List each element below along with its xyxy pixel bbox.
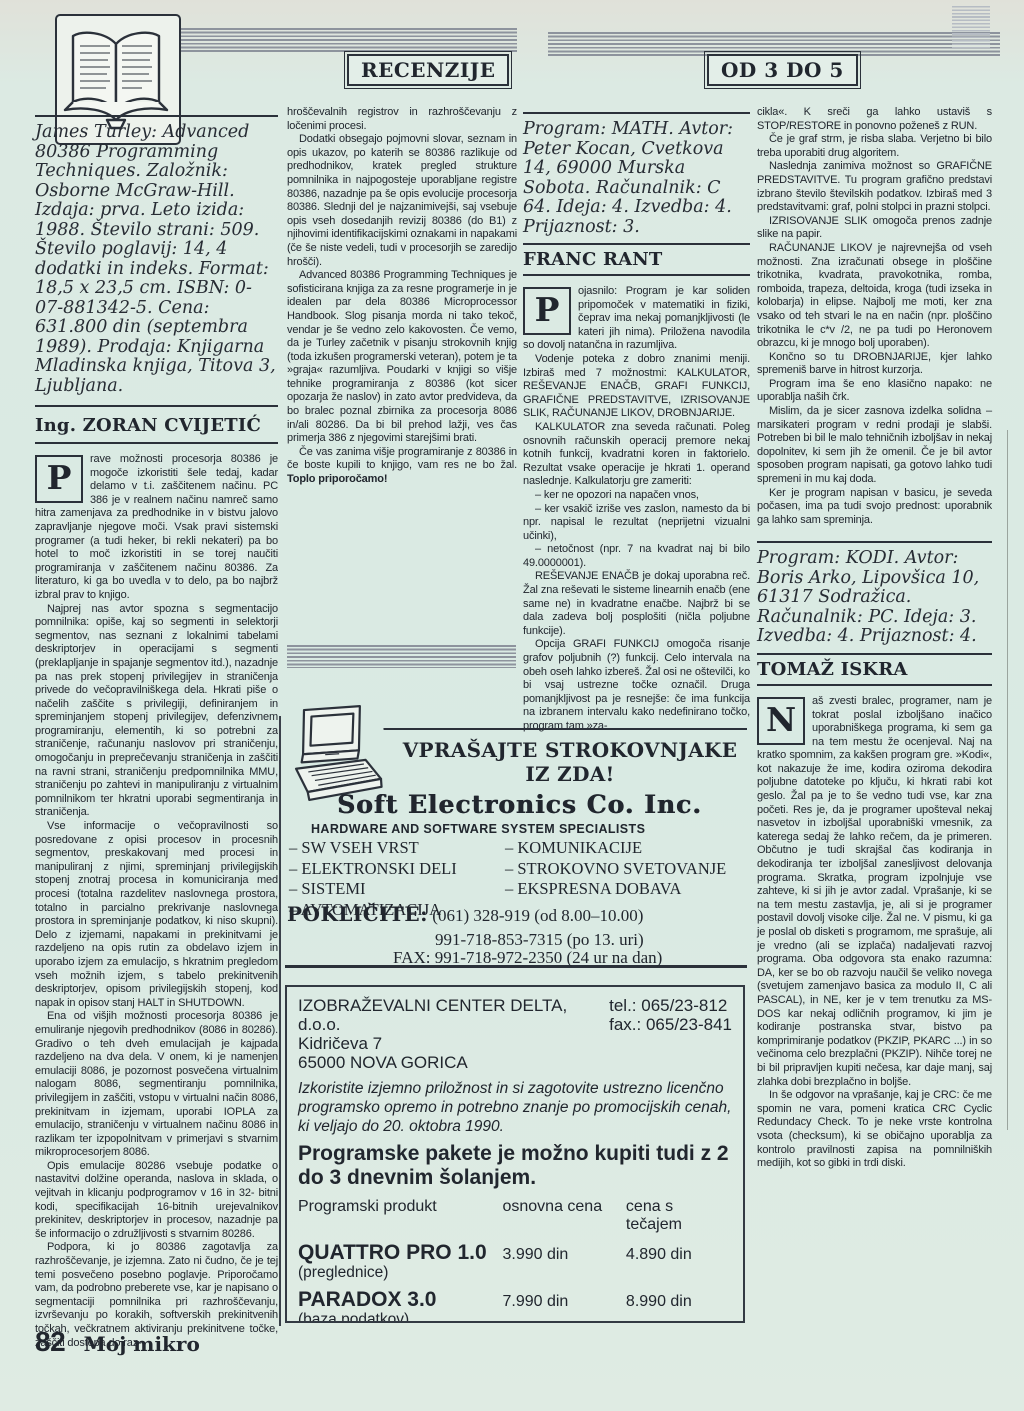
math-biblio: Program: MATH. Avtor: Peter Kocan, Cvetk… xyxy=(523,114,750,243)
ad-subtitle: HARDWARE AND SOFTWARE SYSTEM SPECIALISTS xyxy=(311,822,645,836)
paragraph: – netočnost (npr. 7 na kvadrat naj bi bi… xyxy=(523,543,750,570)
ad-phone-line2: 991-718-853-7315 (po 13. uri) xyxy=(435,930,644,950)
paragraph: Najprej nas avtor spozna s segmentacijo … xyxy=(35,603,278,821)
rating-range-label: OD 3 DO 5 xyxy=(707,54,858,86)
page-footer: 82 Moj mikro xyxy=(35,1326,200,1358)
delta-company: IZOBRAŽEVALNI CENTER DELTA, d.o.o. xyxy=(298,996,609,1034)
review-body-kodi: N aš zvesti bralec, programer, nam je to… xyxy=(757,695,992,1171)
delta-address-block: IZOBRAŽEVALNI CENTER DELTA, d.o.o. Kidri… xyxy=(298,996,609,1072)
phone-number: (061) 328-919 (od 8.00–10.00) xyxy=(428,906,643,925)
paragraph: – EKSPRESNA DOBAVA xyxy=(505,879,726,900)
ad-delta: IZOBRAŽEVALNI CENTER DELTA, d.o.o. Kidri… xyxy=(285,985,745,1323)
col-base-price: osnovna cena xyxy=(502,1198,625,1216)
dropcap-letter: P xyxy=(523,287,571,335)
paragraph: Če je graf strm, je risba slaba. Verjetn… xyxy=(757,133,992,160)
table-row: PARADOX 3.0 (baza podatkov) 7.990 din 8.… xyxy=(298,1289,732,1323)
divider xyxy=(757,684,992,686)
product-subtitle: (baza podatkov) xyxy=(298,1311,502,1323)
paragraph: Mislim, da je sicer zasnova izdelka soli… xyxy=(757,405,992,487)
delta-fax: fax.: 065/23-841 xyxy=(609,1015,732,1034)
paragraph: Dodatki obsegajo pojmovni slovar, seznam… xyxy=(287,133,517,269)
paragraph: Končno so tu DROBNJARIJE, kjer lahko spr… xyxy=(757,351,992,378)
product-subtitle: (preglednice) xyxy=(298,1264,502,1281)
reviewer-name: FRANC RANT xyxy=(523,245,750,274)
paragraph-list: In še odgovor na vprašanje, kaj je CRC: … xyxy=(757,1089,992,1171)
price-table-header: Programski produkt osnovna cena cena s t… xyxy=(298,1198,732,1234)
paragraph: – SISTEMI xyxy=(289,879,457,900)
paragraph: KALKULATOR zna seveda računati. Poleg os… xyxy=(523,421,750,489)
ad-company-name: Soft Electronics Co. Inc. xyxy=(337,790,702,819)
paragraph: Naslednja zanimiva možnost so GRAFIČNE P… xyxy=(757,160,992,214)
table-row: QUATTRO PRO 1.0 (preglednice) 3.990 din … xyxy=(298,1242,732,1281)
paragraph: Ena od višjih možnosti procesorja 80386 … xyxy=(35,1010,278,1160)
paragraph: – ker vsakič izriše ves zaslon, namesto … xyxy=(523,503,750,544)
section-label: RECENZIJE xyxy=(347,54,509,86)
review-body-col2: hroščevalnih registrov in razhroščevanju… xyxy=(287,106,517,487)
paragraph: Advanced 80386 Programming Techniques je… xyxy=(287,269,517,446)
course-price: 4.890 din xyxy=(626,1246,732,1264)
paragraph: cikla«. K sreči ga lahko ustaviš s STOP/… xyxy=(757,106,992,133)
product-name: QUATTRO PRO 1.0 xyxy=(298,1242,502,1264)
col-course-price: cena s tečajem xyxy=(626,1198,732,1234)
paragraph: – SW VSEH VRST xyxy=(289,838,457,859)
divider xyxy=(523,274,750,276)
paragraph: In še odgovor na vprašanje, kaj je CRC: … xyxy=(757,1089,992,1171)
divider xyxy=(35,442,278,444)
col-product: Programski produkt xyxy=(298,1198,502,1216)
paragraph: Vse informacije o večopravilnosti so pos… xyxy=(35,820,278,1010)
column-2-stripe-separator xyxy=(287,645,516,668)
delta-street: Kidričeva 7 xyxy=(298,1034,609,1053)
reviewer-name: Ing. ZORAN CVIJETIĆ xyxy=(35,407,278,442)
paragraph: Program ima še eno klasično napako: ne u… xyxy=(757,378,992,405)
dropcap-letter: N xyxy=(757,697,805,745)
paragraph: – KOMUNIKACIJE xyxy=(505,838,726,859)
paragraph: aš zvesti bralec, programer, nam je tokr… xyxy=(757,695,992,1089)
course-price: 8.990 din xyxy=(626,1293,732,1311)
ad-headline: VPRAŠAJTE STROKOVNJAKE IZ ZDA! xyxy=(393,738,747,786)
base-price: 3.990 din xyxy=(502,1246,625,1264)
product-cell: QUATTRO PRO 1.0 (preglednice) xyxy=(298,1242,502,1281)
paragraph: REŠEVANJE ENAČB je dokaj uporabna reč. Ž… xyxy=(523,570,750,638)
delta-city: 65000 NOVA GORICA xyxy=(298,1053,609,1072)
kodi-biblio: Program: KODI. Avtor: Boris Arko, Lipovš… xyxy=(757,543,992,653)
magazine-page: RECENZIJE OD 3 DO 5 James Turley: Advanc… xyxy=(0,0,1024,1411)
column-divider-rule xyxy=(279,716,281,1326)
ad-services-right: – KOMUNIKACIJE– STROKOVNO SVETOVANJE– EK… xyxy=(505,838,726,900)
paragraph: RAČUNANJE LIKOV je najrevnejša od vseh m… xyxy=(757,242,992,351)
paragraph: – STROKOVNO SVETOVANJE xyxy=(505,859,726,880)
paragraph-list: Najprej nas avtor spozna s segmentacijo … xyxy=(35,603,278,1351)
column-3: Program: MATH. Avtor: Peter Kocan, Cvetk… xyxy=(523,112,750,734)
paragraph-list: Dodatki obsegajo pojmovni slovar, seznam… xyxy=(287,133,517,446)
reviewer-name: TOMAŽ ISKRA xyxy=(757,655,992,684)
scan-edge-line xyxy=(1007,430,1008,1130)
review-body-col1: P rave možnosti procesorja 80386 je mogo… xyxy=(35,453,278,1350)
closing-bold: Toplo priporočamo! xyxy=(287,473,387,485)
column-4: cikla«. K sreči ga lahko ustaviš s STOP/… xyxy=(757,106,992,1171)
delta-headline: Programske pakete je možno kupiti tudi z… xyxy=(298,1142,732,1190)
closing-text: Če vas zanima višje programiranje z 8038… xyxy=(287,446,517,472)
page-corner-mark xyxy=(952,6,990,48)
column-2: hroščevalnih registrov in razhroščevanju… xyxy=(287,106,517,487)
ad-soft-electronics: VPRAŠAJTE STROKOVNJAKE IZ ZDA! Soft Elec… xyxy=(285,700,747,968)
review-body-col4: cikla«. K sreči ga lahko ustaviš s STOP/… xyxy=(757,106,992,527)
call-label: POKLIČITE: xyxy=(287,902,428,926)
paragraph-list: Če je graf strm, je risba slaba. Verjetn… xyxy=(757,133,992,527)
delta-promo-text: Izkoristite izjemno priložnost in si zag… xyxy=(298,1079,732,1136)
paragraph: – ker ne opozori na napačen vnos, xyxy=(523,489,750,503)
magazine-name: Moj mikro xyxy=(84,1332,200,1356)
delta-contact-block: tel.: 065/23-812 fax.: 065/23-841 xyxy=(609,996,732,1072)
paragraph: Vodenje poteka z dobro znanimi meniji. I… xyxy=(523,353,750,421)
column-1: James Turley: Advanced 80386 Programming… xyxy=(35,115,278,1350)
paragraph: – ELEKTRONSKI DELI xyxy=(289,859,457,880)
closing-paragraph: Če vas zanima višje programiranje z 8038… xyxy=(287,446,517,487)
paragraph: Opis emulacije 80286 vsebuje podatke o n… xyxy=(35,1160,278,1242)
ad-phone-line1: POKLIČITE: (061) 328-919 (od 8.00–10.00) xyxy=(287,902,643,926)
paragraph-list: Vodenje poteka z dobro znanimi meniji. I… xyxy=(523,353,750,734)
ad-fax-line: FAX: 991-718-972-2350 (24 ur na dan) xyxy=(393,948,662,968)
product-cell: PARADOX 3.0 (baza podatkov) xyxy=(298,1289,502,1323)
paragraph: hroščevalnih registrov in razhroščevanju… xyxy=(287,106,517,133)
base-price: 7.990 din xyxy=(502,1293,625,1311)
review-body-col3: P ojasnilo: Program je kar soliden pripo… xyxy=(523,285,750,734)
paragraph: IZRISOVANJE SLIK omogoča prenos zadnje s… xyxy=(757,215,992,242)
vintage-computer-icon xyxy=(282,701,388,804)
paragraph: Ker je program napisan v basicu, je seve… xyxy=(757,487,992,528)
delta-tel: tel.: 065/23-812 xyxy=(609,996,732,1015)
product-name: PARADOX 3.0 xyxy=(298,1289,502,1311)
dropcap-letter: P xyxy=(35,455,83,503)
book-biblio: James Turley: Advanced 80386 Programming… xyxy=(35,117,278,405)
page-number: 82 xyxy=(35,1326,65,1358)
